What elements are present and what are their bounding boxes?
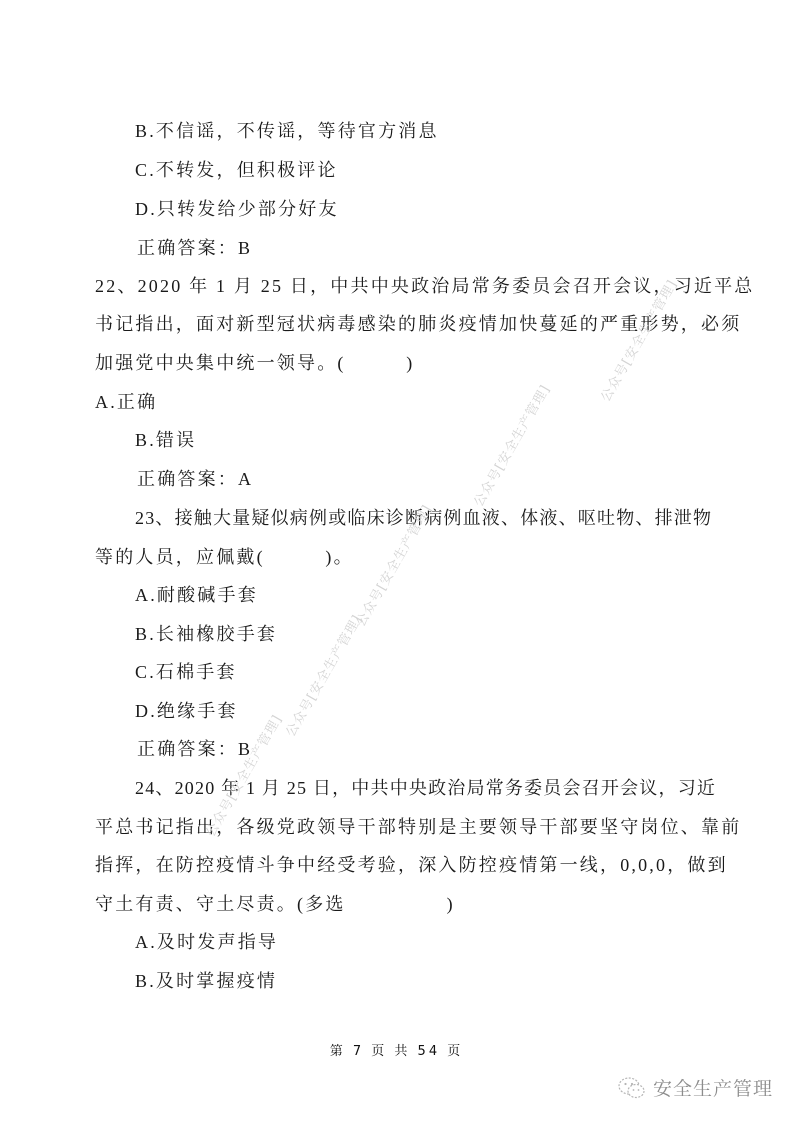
wechat-account-brand: 安全生产管理 [617, 1074, 773, 1101]
document-page: B.不信谣，不传谣，等待官方消息C.不转发，但积极评论D.只转发给少部分好友正确… [0, 0, 793, 1122]
q21-answer: 正确答案：B [137, 236, 252, 260]
q24-line4: 守土有责、守土尽责。(多选 ) [95, 892, 455, 916]
wechat-icon [617, 1076, 647, 1100]
q22-answer: 正确答案：A [137, 467, 253, 491]
q22-line3: 加强党中央集中统一领导。( ) [95, 351, 414, 375]
q24-line2: 平总书记指出，各级党政领导干部特别是主要领导干部要坚守岗位、靠前 [95, 815, 741, 839]
q24-line3: 指挥，在防控疫情斗争中经受考验，深入防控疫情第一线，0,0,0，做到 [95, 853, 728, 877]
q23-line2: 等的人员，应佩戴( )。 [95, 545, 354, 569]
q24-option-b: B.及时掌握疫情 [135, 969, 277, 993]
q22-line1: 22、2020 年 1 月 25 日，中共中央政治局常务委员会召开会议，习近平总 [95, 274, 755, 298]
q22-option-b: B.错误 [135, 428, 196, 452]
q21-option-c: C.不转发，但积极评论 [135, 158, 338, 182]
q22-line2: 书记指出，面对新型冠状病毒感染的肺炎疫情加快蔓延的严重形势，必须 [95, 312, 741, 336]
brand-label: 安全生产管理 [653, 1074, 773, 1101]
q23-option-b: B.长袖橡胶手套 [135, 622, 277, 646]
q23-option-d: D.绝缘手套 [135, 699, 238, 723]
q23-line1: 23、接触大量疑似病例或临床诊断病例血液、体液、呕吐物、排泄物 [135, 506, 712, 530]
page-number-footer: 第 7 页 共 54 页 [0, 1040, 793, 1059]
q24-option-a: A.及时发声指导 [135, 930, 278, 954]
q24-line1: 24、2020 年 1 月 25 日，中共中央政治局常务委员会召开会议，习近 [135, 776, 716, 800]
q23-option-a: A.耐酸碱手套 [135, 583, 258, 607]
q23-answer: 正确答案：B [137, 737, 252, 761]
watermark-text: 公众号[安全生产管理] [468, 380, 554, 509]
q23-option-c: C.石棉手套 [135, 660, 237, 684]
q22-option-a: A.正确 [95, 390, 157, 414]
q21-option-d: D.只转发给少部分好友 [135, 197, 339, 221]
q21-option-b: B.不信谣，不传谣，等待官方消息 [135, 119, 439, 143]
watermark-text: 公众号[安全生产管理] [280, 610, 366, 739]
